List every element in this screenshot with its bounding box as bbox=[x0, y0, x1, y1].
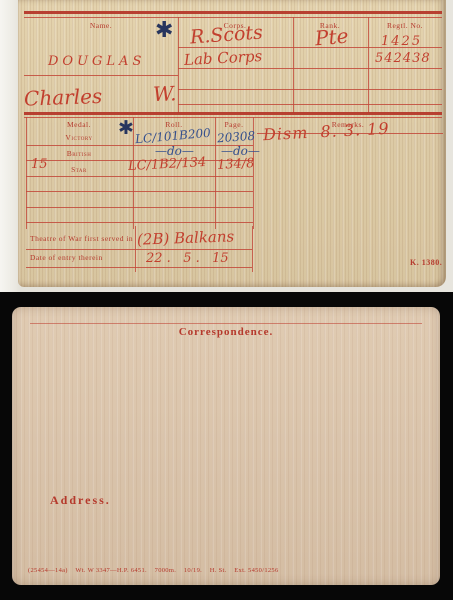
address-label: Address. bbox=[50, 493, 111, 508]
section-rule-thick bbox=[24, 112, 442, 115]
star-page-entry: 134/8 bbox=[217, 157, 255, 172]
column-divider bbox=[368, 17, 369, 113]
theatre-underline bbox=[26, 249, 252, 250]
row-line bbox=[26, 176, 253, 177]
writing-line bbox=[178, 104, 442, 105]
correspondence-card: Correspondence. Address. (25454—14a) Wt.… bbox=[12, 307, 440, 585]
corps-entry-1: R.Scots bbox=[189, 23, 263, 47]
medal-row-star: Star bbox=[71, 165, 87, 174]
writing-line bbox=[178, 68, 442, 69]
forename-entry: Charles W. bbox=[24, 83, 177, 108]
asterisk-mark: ✱ bbox=[155, 20, 173, 42]
medal-row-victory: Victory bbox=[65, 133, 92, 142]
form-code: K. 1380. bbox=[410, 258, 442, 267]
date-of-entry-value: 22 . 5 . 15 bbox=[146, 252, 229, 265]
top-rule-thick bbox=[24, 11, 442, 14]
theatre-entry: (2B) Balkans bbox=[137, 229, 235, 247]
margin-line bbox=[26, 117, 27, 229]
asterisk-mark: ✱ bbox=[118, 119, 134, 138]
theatre-label: Theatre of War first served in bbox=[30, 234, 133, 243]
top-rule-thin bbox=[24, 17, 442, 18]
date-underline bbox=[26, 267, 252, 268]
column-divider bbox=[293, 17, 294, 113]
medal-column-label: Medal. bbox=[67, 120, 91, 129]
name-label: Name. bbox=[90, 21, 112, 30]
rank-entry: Pte bbox=[314, 26, 349, 49]
row-line bbox=[26, 207, 253, 208]
star-roll-entry: LC/1B2/134 bbox=[128, 156, 207, 173]
victory-page-entry: 20308 bbox=[217, 130, 256, 145]
scanned-medal-card-image: Name. Corps. Rank. Regtl. No. ✱ R.Scots … bbox=[0, 0, 453, 600]
date-of-entry-label: Date of entry therein bbox=[30, 253, 103, 262]
column-divider bbox=[178, 17, 179, 113]
correspondence-title: Correspondence. bbox=[179, 326, 274, 338]
remarks-entry: Dism 8. 3. 19 bbox=[263, 121, 390, 144]
writing-line bbox=[24, 75, 178, 76]
section-rule-thin bbox=[24, 117, 442, 118]
surname-entry: DOUGLAS bbox=[48, 55, 145, 68]
medal-index-card: Name. Corps. Rank. Regtl. No. ✱ R.Scots … bbox=[18, 0, 446, 287]
star-margin-entry: 15 bbox=[31, 158, 48, 171]
writing-line bbox=[178, 89, 442, 90]
page-column-label: Page. bbox=[225, 120, 244, 129]
victory-roll-entry: LC/101B200 bbox=[135, 127, 212, 146]
british-page-entry: —do— bbox=[221, 145, 260, 157]
print-code-footer: (25454—14a) Wt. W 3347—H.P. 6451. 7000m.… bbox=[28, 567, 279, 574]
regtl-no-label: Regtl. No. bbox=[387, 21, 423, 30]
correspondence-rule bbox=[30, 323, 422, 324]
corps-entry-2: Lab Corps bbox=[184, 49, 263, 68]
medal-row-british: British bbox=[67, 149, 92, 158]
regtl-no-entry-2: 542438 bbox=[375, 52, 431, 65]
theatre-box-line bbox=[252, 226, 253, 272]
row-line bbox=[26, 222, 253, 223]
row-line bbox=[26, 191, 253, 192]
regtl-no-entry-1: 1425 bbox=[381, 35, 422, 48]
